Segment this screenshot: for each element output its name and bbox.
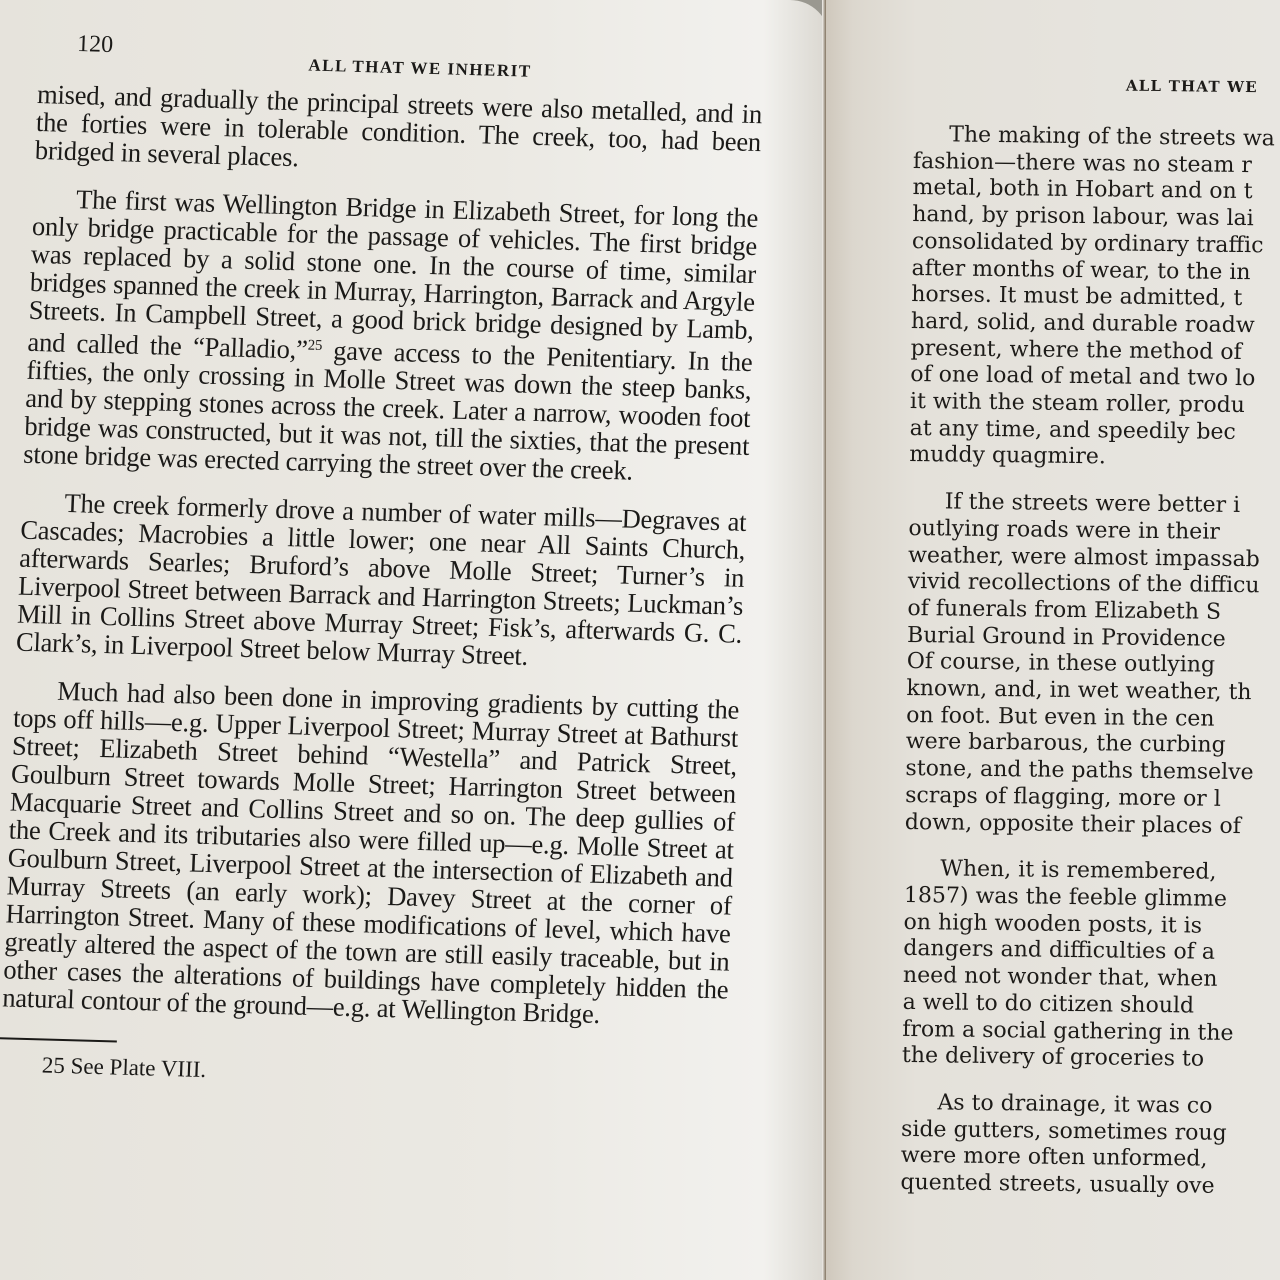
bridges-text-b: gave access to the Penitentiary. In the … <box>23 335 753 486</box>
text-line: the delivery of groceries to <box>902 1043 1280 1075</box>
page-number: 120 <box>77 31 114 59</box>
footnote: 25 See Plate VIII. <box>41 1052 740 1097</box>
paragraph-gradients: Much had also been done in improving gra… <box>2 676 740 1032</box>
footnote-number: 25 <box>41 1052 65 1078</box>
paragraph-bridges: The first was Wellington Bridge in Eliza… <box>23 184 759 488</box>
right-paragraph: The making of the streets wafashion—ther… <box>909 122 1280 474</box>
text-line: muddy quagmire. <box>909 442 1280 474</box>
left-page-content: 120 ALL THAT WE INHERIT mised, and gradu… <box>0 20 780 1098</box>
left-page: 120 ALL THAT WE INHERIT mised, and gradu… <box>0 0 830 1280</box>
right-page: ALL THAT WE The making of the streets wa… <box>826 0 1280 1280</box>
footnote-divider <box>0 1037 117 1042</box>
footnote-reference: 25 <box>308 338 323 354</box>
open-book-spread: 120 ALL THAT WE INHERIT mised, and gradu… <box>0 0 1280 1280</box>
right-paragraph: If the streets were better ioutlying roa… <box>905 489 1280 841</box>
right-paragraph: When, it is remembered,1857) was the fee… <box>902 856 1280 1075</box>
footnote-text: See Plate VIII. <box>64 1053 206 1082</box>
right-running-header: ALL THAT WE <box>1126 77 1280 98</box>
right-paragraph: As to drainage, it was coside gutters, s… <box>900 1090 1280 1202</box>
text-line: down, opposite their places of <box>905 810 1280 842</box>
text-line: quented streets, usually ove <box>900 1170 1280 1202</box>
paragraph-continuation: mised, and gradually the principal stree… <box>34 80 762 184</box>
right-page-content: ALL THAT WE The making of the streets wa… <box>900 74 1280 1222</box>
running-header-title: ALL THAT WE INHERIT <box>308 56 532 82</box>
paragraph-mills: The creek formerly drove a number of wat… <box>16 488 747 676</box>
